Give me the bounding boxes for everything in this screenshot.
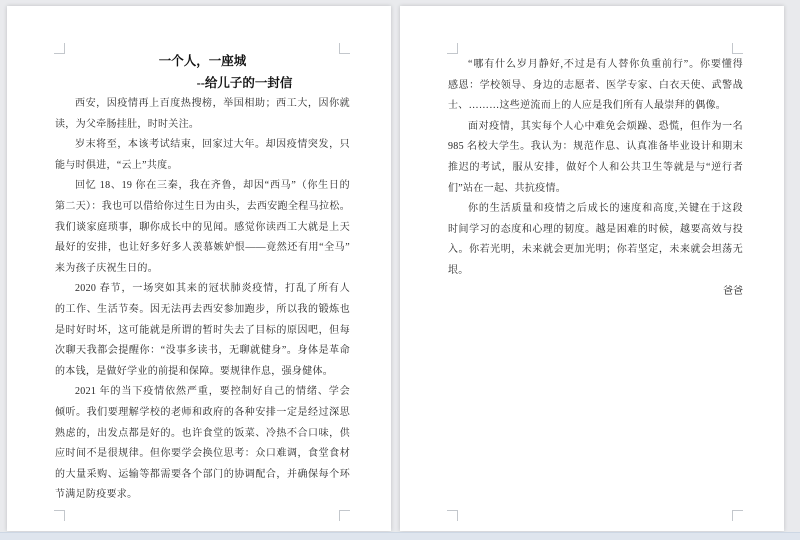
paragraph: 回忆 18、19 你在三秦，我在齐鲁，却因“西马”（你生日的 第二天）：我也可以… (55, 176, 350, 279)
document-canvas: 一个人，一座城 --给儿子的一封信 西安，因疫情再上百度热搜榜，举国相助；西工大… (0, 0, 800, 540)
text-line: 节满足防疫要求。 (55, 485, 350, 506)
text-boundary-mark-bottom-left (54, 510, 65, 521)
text-line: 的工作、生活节奏。因无法再去西安参加跑步，所以我的锻炼也 (55, 300, 350, 321)
text-boundary-mark-bottom-left (447, 510, 458, 521)
text-line: 是时好时坏，这可能就是所谓的暂时失去了目标的原因吧，但每 (55, 321, 350, 342)
paragraph: 西安，因疫情再上百度热搜榜，举国相助；西工大，因你就 读，为父牵肠挂肚，时时关注… (55, 94, 350, 135)
letter-subtitle-text: --给儿子的一封信 (197, 76, 293, 90)
text-line: 985 名校大学生。我认为：规范作息、认真准备毕业设计和期末 (448, 137, 743, 158)
text-line: 时间学习的态度和心理的韧度。越是困难的时候，越要高效与投 (448, 220, 743, 241)
paragraph: 你的生活质量和疫情之后成长的速度和高度,关键在于这段 时间学习的态度和心理的韧度… (448, 199, 743, 281)
paragraph: 面对疫情，其实每个人心中难免会烦躁、恐慌，但作为一名 985 名校大学生。我认为… (448, 117, 743, 199)
text-line: 的本钱，是做好学业的前提和保障。要规律作息，强身健体。 (55, 362, 350, 383)
letter-title: 一个人，一座城 (55, 50, 350, 72)
text-line: 西安，因疫情再上百度热搜榜，举国相助；西工大，因你就 (55, 94, 350, 115)
text-line: 来为孩子庆祝生日的。 (55, 259, 350, 280)
text-line: “哪有什么岁月静好,不过是有人替你负重前行”。你要懂得 (448, 55, 743, 76)
text-line: 推迟的考试，服从安排，做好个人和公共卫生等就是与“逆行者 (448, 158, 743, 179)
text-line: 岁末将至，本该考试结束，回家过大年。却因疫情突发，只 (55, 135, 350, 156)
text-line: 熟虑的，出发点都是好的。也许食堂的饭菜、冷热不合口味，供 (55, 424, 350, 445)
text-boundary-mark-top-right (732, 43, 743, 54)
text-line: 士、………这些逆流而上的人应是我们所有人最崇拜的偶像。 (448, 96, 743, 117)
text-line: 2020 春节，一场突如其来的冠状肺炎疫情，打乱了所有人 (55, 279, 350, 300)
text-line: 倾听。我们要理解学校的老师和政府的各种安排一定是经过深思 (55, 403, 350, 424)
letter-subtitle: --给儿子的一封信 (55, 72, 350, 94)
text-line: 们”站在一起、共抗疫情。 (448, 179, 743, 200)
paragraph: 岁末将至，本该考试结束，回家过大年。却因疫情突发，只 能与时俱进，“云上”共度。 (55, 135, 350, 176)
text-line: 最好的安排，也让好多好多人羡慕嫉妒恨——竟然还有用“全马” (55, 238, 350, 259)
text-line: 面对疫情，其实每个人心中难免会烦躁、恐慌，但作为一名 (448, 117, 743, 138)
page-2-text-area: “哪有什么岁月静好,不过是有人替你负重前行”。你要懂得 感恩：学校领导、身边的志… (448, 55, 743, 302)
text-line: 我们谈家庭琐事，聊你成长中的见闻。感觉你读西工大就是上天 (55, 218, 350, 239)
page-1-text-area: 一个人，一座城 --给儿子的一封信 西安，因疫情再上百度热搜榜，举国相助；西工大… (55, 50, 350, 506)
letter-signature: 爸爸 (448, 282, 743, 303)
page-2[interactable]: “哪有什么岁月静好,不过是有人替你负重前行”。你要懂得 感恩：学校领导、身边的志… (400, 6, 784, 531)
text-line: 能与时俱进，“云上”共度。 (55, 156, 350, 177)
text-line: 2021 年的当下疫情依然严重，要控制好自己的情绪、学会 (55, 382, 350, 403)
paragraph: “哪有什么岁月静好,不过是有人替你负重前行”。你要懂得 感恩：学校领导、身边的志… (448, 55, 743, 117)
window-bottom-edge (0, 532, 800, 540)
text-line: 读，为父牵肠挂肚，时时关注。 (55, 115, 350, 136)
text-line: 第二天）：我也可以借给你过生日为由头，去西安跑全程马拉松。 (55, 197, 350, 218)
text-line: 应时间不是很规律。但你要学会换位思考：众口难调，食堂食材 (55, 444, 350, 465)
paragraph: 2020 春节，一场突如其来的冠状肺炎疫情，打乱了所有人 的工作、生活节奏。因无… (55, 279, 350, 382)
paragraph: 2021 年的当下疫情依然严重，要控制好自己的情绪、学会 倾听。我们要理解学校的… (55, 382, 350, 506)
text-boundary-mark-bottom-right (732, 510, 743, 521)
text-line: 的大量采购、运输等都需要各个部门的协调配合，并确保每个环 (55, 465, 350, 486)
text-boundary-mark-bottom-right (339, 510, 350, 521)
text-line: 垠。 (448, 261, 743, 282)
text-line: 回忆 18、19 你在三秦，我在齐鲁，却因“西马”（你生日的 (55, 176, 350, 197)
text-boundary-mark-top-left (447, 43, 458, 54)
text-line: 次聊天我都会提醒你：“没事多读书，无聊就健身”。身体是革命 (55, 341, 350, 362)
text-line: 感恩：学校领导、身边的志愿者、医学专家、白衣天使、武警战 (448, 76, 743, 97)
text-line: 你的生活质量和疫情之后成长的速度和高度,关键在于这段 (448, 199, 743, 220)
text-line: 入。你若光明，未来就会更加光明；你若坚定，未来就会坦荡无 (448, 240, 743, 261)
page-1[interactable]: 一个人，一座城 --给儿子的一封信 西安，因疫情再上百度热搜榜，举国相助；西工大… (7, 6, 391, 531)
